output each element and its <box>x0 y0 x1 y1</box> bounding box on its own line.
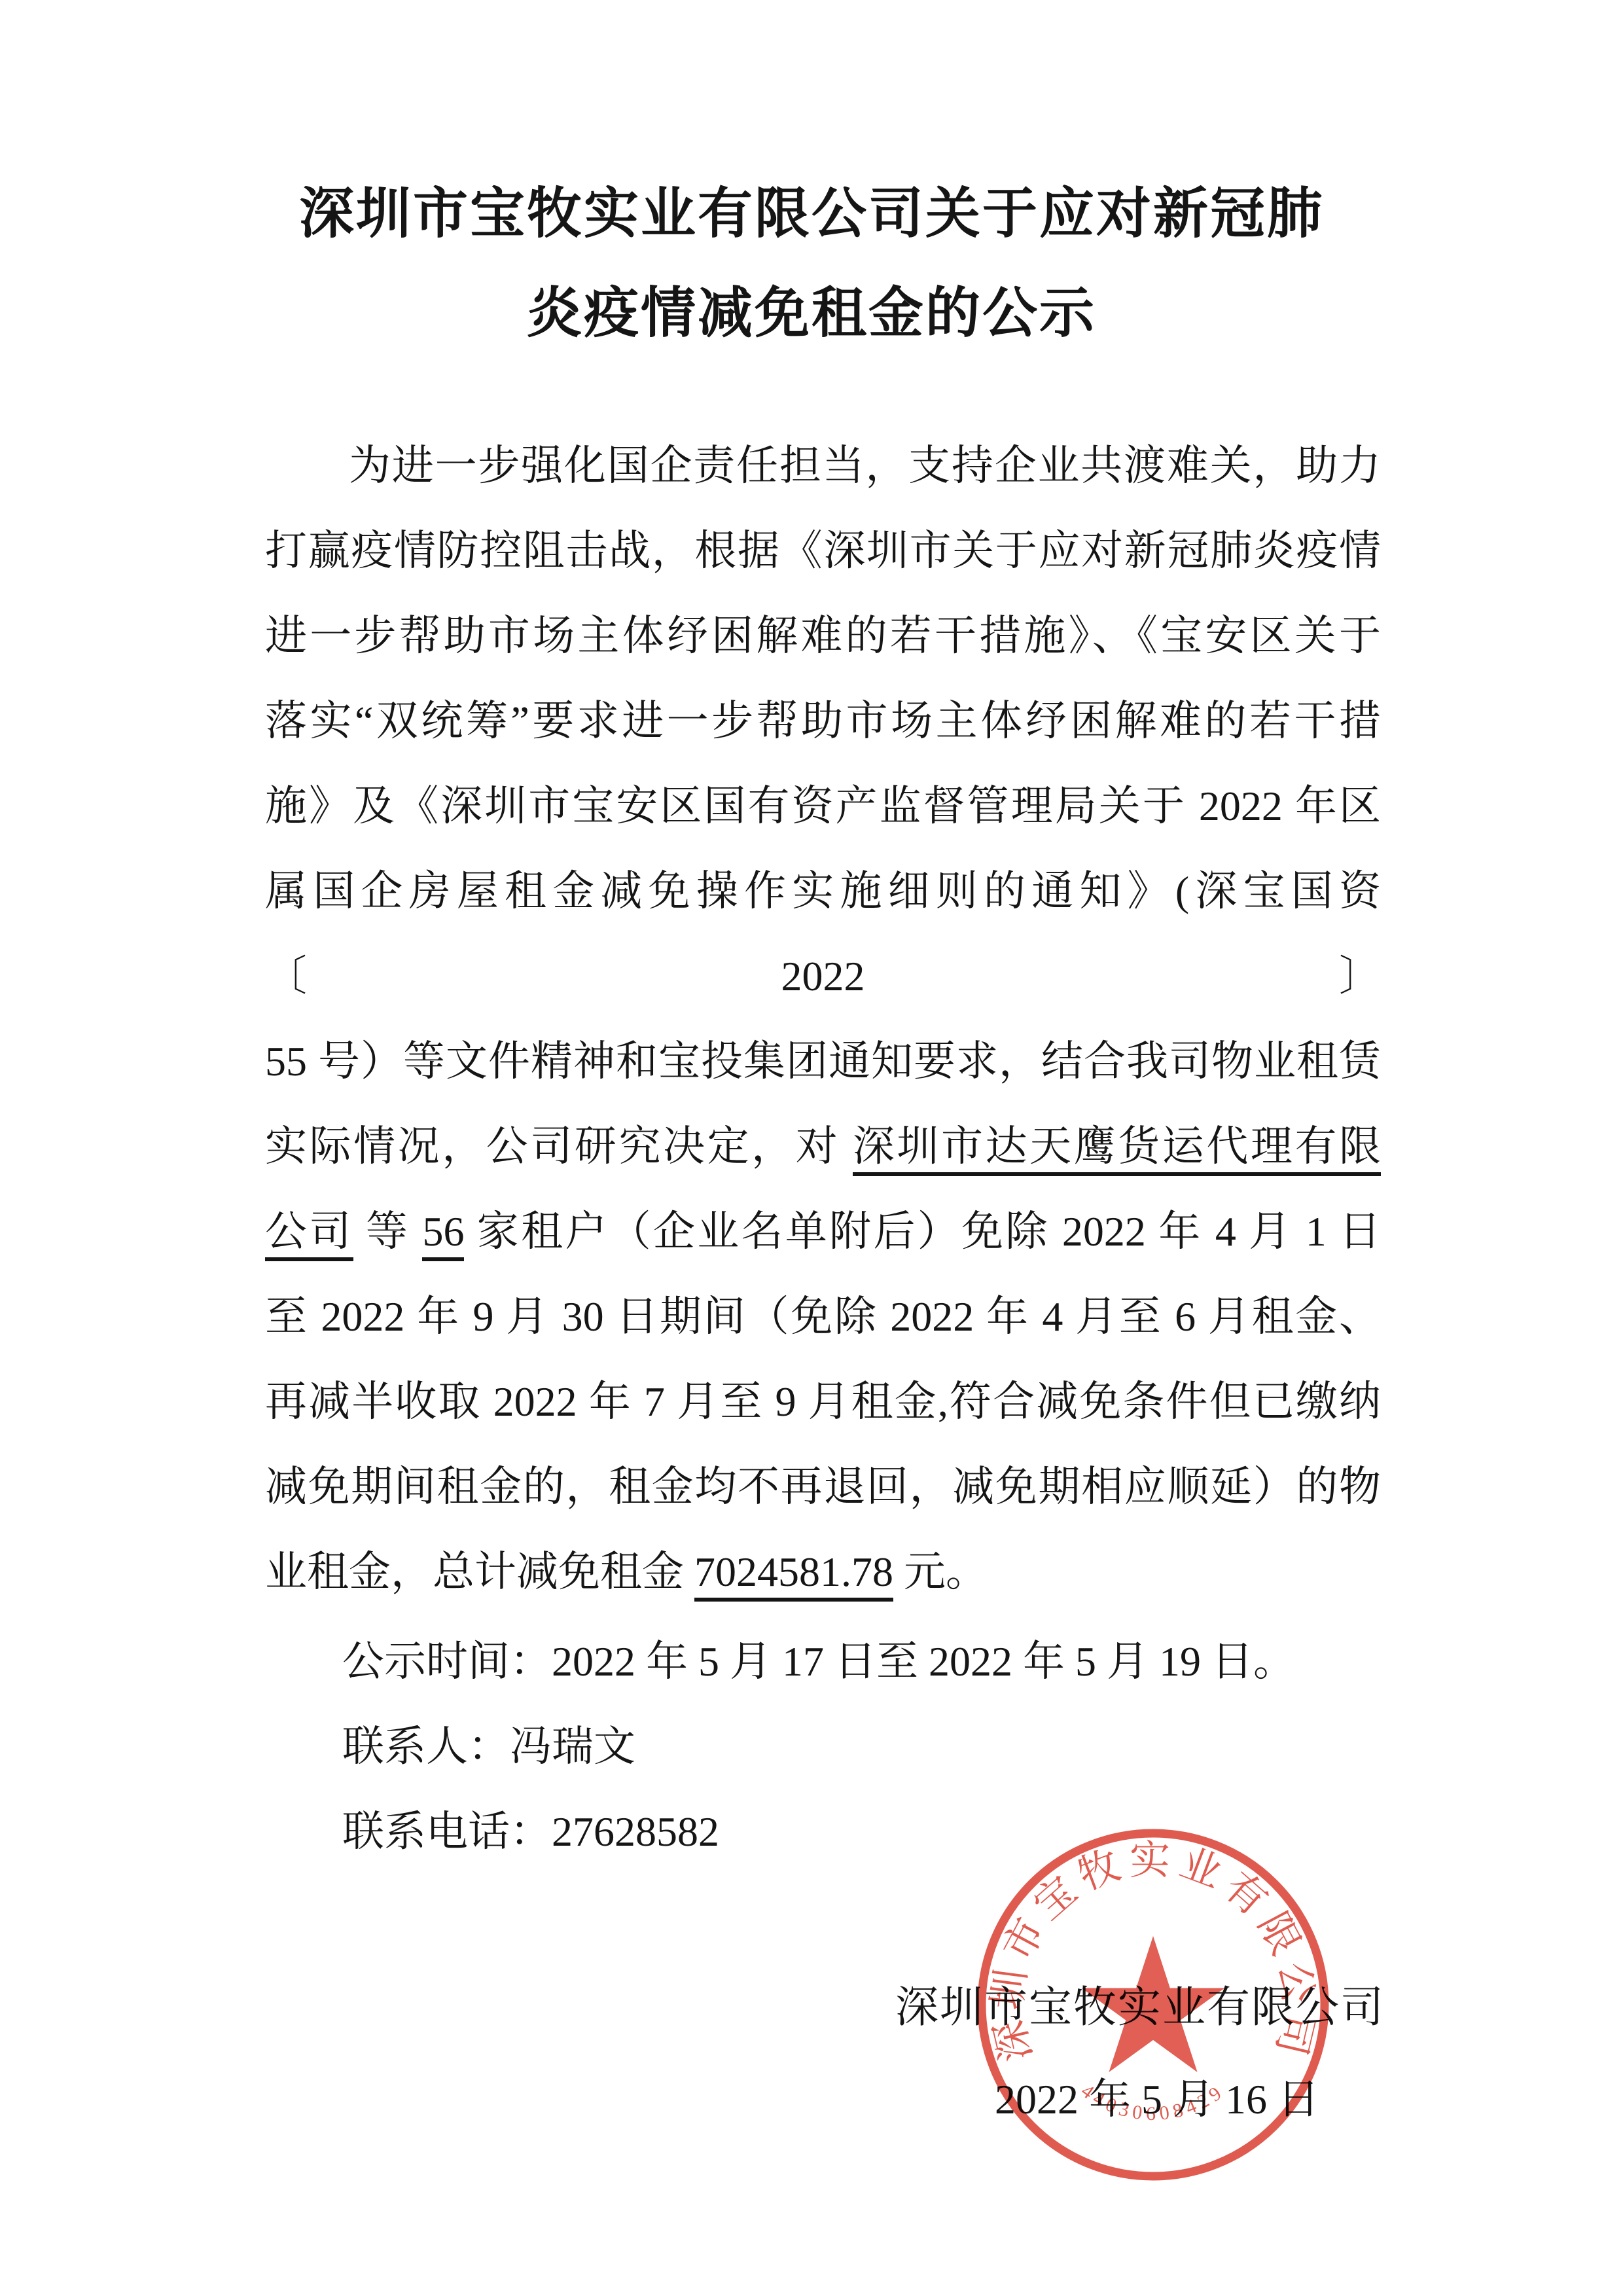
body-line: 业租金，总计减免租金 7024581.78 元。 <box>265 1530 1381 1615</box>
title-line-1: 深圳市宝牧实业有限公司关于应对新冠肺 <box>0 165 1623 264</box>
document-body: 为进一步强化国企责任担当，支持企业共渡难关，助力打赢疫情防控阻击战，根据《深圳市… <box>265 423 1381 1615</box>
underlined-text: 公司 <box>265 1208 353 1261</box>
body-line: 实际情况，公司研究决定，对 深圳市达天鹰货运代理有限 <box>265 1104 1381 1189</box>
body-text: 为进一步强化国企责任担当，支持企业共渡难关，助力 <box>349 442 1381 489</box>
body-text: 实际情况，公司研究决定，对 <box>265 1123 853 1170</box>
body-text: 施》及《深圳市宝安区国有资产监督管理局关于 2022 年区 <box>265 783 1381 829</box>
body-text: 进一步帮助市场主体纾困解难的若干措施》、《宝安区关于 <box>265 613 1381 659</box>
announcement-document-page: 深圳市宝牧实业有限公司关于应对新冠肺 炎疫情减免租金的公示 为进一步强化国企责任… <box>0 0 1623 2296</box>
seal-registration-code: 44030608429 <box>1077 2080 1229 2125</box>
body-text: 再减半收取 2022 年 7 月至 9 月租金,符合减免条件但已缴纳 <box>265 1378 1381 1425</box>
body-line: 打赢疫情防控阻击战，根据《深圳市关于应对新冠肺炎疫情 <box>265 509 1381 594</box>
body-line: 进一步帮助市场主体纾困解难的若干措施》、《宝安区关于 <box>265 594 1381 679</box>
body-line: 公司 等 56 家租户（企业名单附后）免除 2022 年 4 月 1 日 <box>265 1189 1381 1274</box>
document-title: 深圳市宝牧实业有限公司关于应对新冠肺 炎疫情减免租金的公示 <box>0 165 1623 364</box>
contact-person-line: 联系人：冯瑞文 <box>342 1704 1389 1789</box>
body-line: 落实“双统筹”要求进一步帮助市场主体纾困解难的若干措 <box>265 679 1381 764</box>
body-line: 55 号）等文件精神和宝投集团通知要求，结合我司物业租赁 <box>265 1019 1381 1104</box>
body-line: 为进一步强化国企责任担当，支持企业共渡难关，助力 <box>265 423 1381 509</box>
body-line: 属国企房屋租金减免操作实施细则的通知》(深宝国资〔2022〕 <box>265 849 1381 1019</box>
underlined-text: 7024581.78 <box>694 1549 893 1602</box>
underlined-text: 56 <box>422 1208 464 1261</box>
body-text: 至 2022 年 9 月 30 日期间（免除 2022 年 4 月至 6 月租金… <box>265 1293 1381 1340</box>
company-seal-stamp: 深圳市宝牧实业有限公司 44030608429 <box>950 1799 1356 2204</box>
body-line: 减免期间租金的，租金均不再退回，减免期相应顺延）的物 <box>265 1444 1381 1530</box>
body-line: 再减半收取 2022 年 7 月至 9 月租金,符合减免条件但已缴纳 <box>265 1359 1381 1444</box>
body-text: 落实“双统筹”要求进一步帮助市场主体纾困解难的若干措 <box>265 698 1381 744</box>
body-text: 等 <box>353 1208 423 1255</box>
title-line-2: 炎疫情减免租金的公示 <box>0 264 1623 364</box>
body-text: 减免期间租金的，租金均不再退回，减免期相应顺延）的物 <box>265 1463 1381 1510</box>
body-text: 元。 <box>893 1549 988 1595</box>
body-text: 业租金，总计减免租金 <box>265 1549 694 1595</box>
underlined-text: 深圳市达天鹰货运代理有限 <box>853 1123 1381 1176</box>
body-text: 55 号）等文件精神和宝投集团通知要求，结合我司物业租赁 <box>265 1038 1381 1085</box>
seal-star-icon <box>1082 1936 1225 2072</box>
body-text: 属国企房屋租金减免操作实施细则的通知》(深宝国资〔2022〕 <box>265 868 1381 999</box>
body-text: 家租户（企业名单附后）免除 2022 年 4 月 1 日 <box>464 1208 1381 1255</box>
body-line: 至 2022 年 9 月 30 日期间（免除 2022 年 4 月至 6 月租金… <box>265 1274 1381 1359</box>
body-text: 打赢疫情防控阻击战，根据《深圳市关于应对新冠肺炎疫情 <box>265 528 1381 574</box>
publicity-period-line: 公示时间：2022 年 5 月 17 日至 2022 年 5 月 19 日。 <box>342 1619 1389 1704</box>
body-line: 施》及《深圳市宝安区国有资产监督管理局关于 2022 年区 <box>265 764 1381 849</box>
